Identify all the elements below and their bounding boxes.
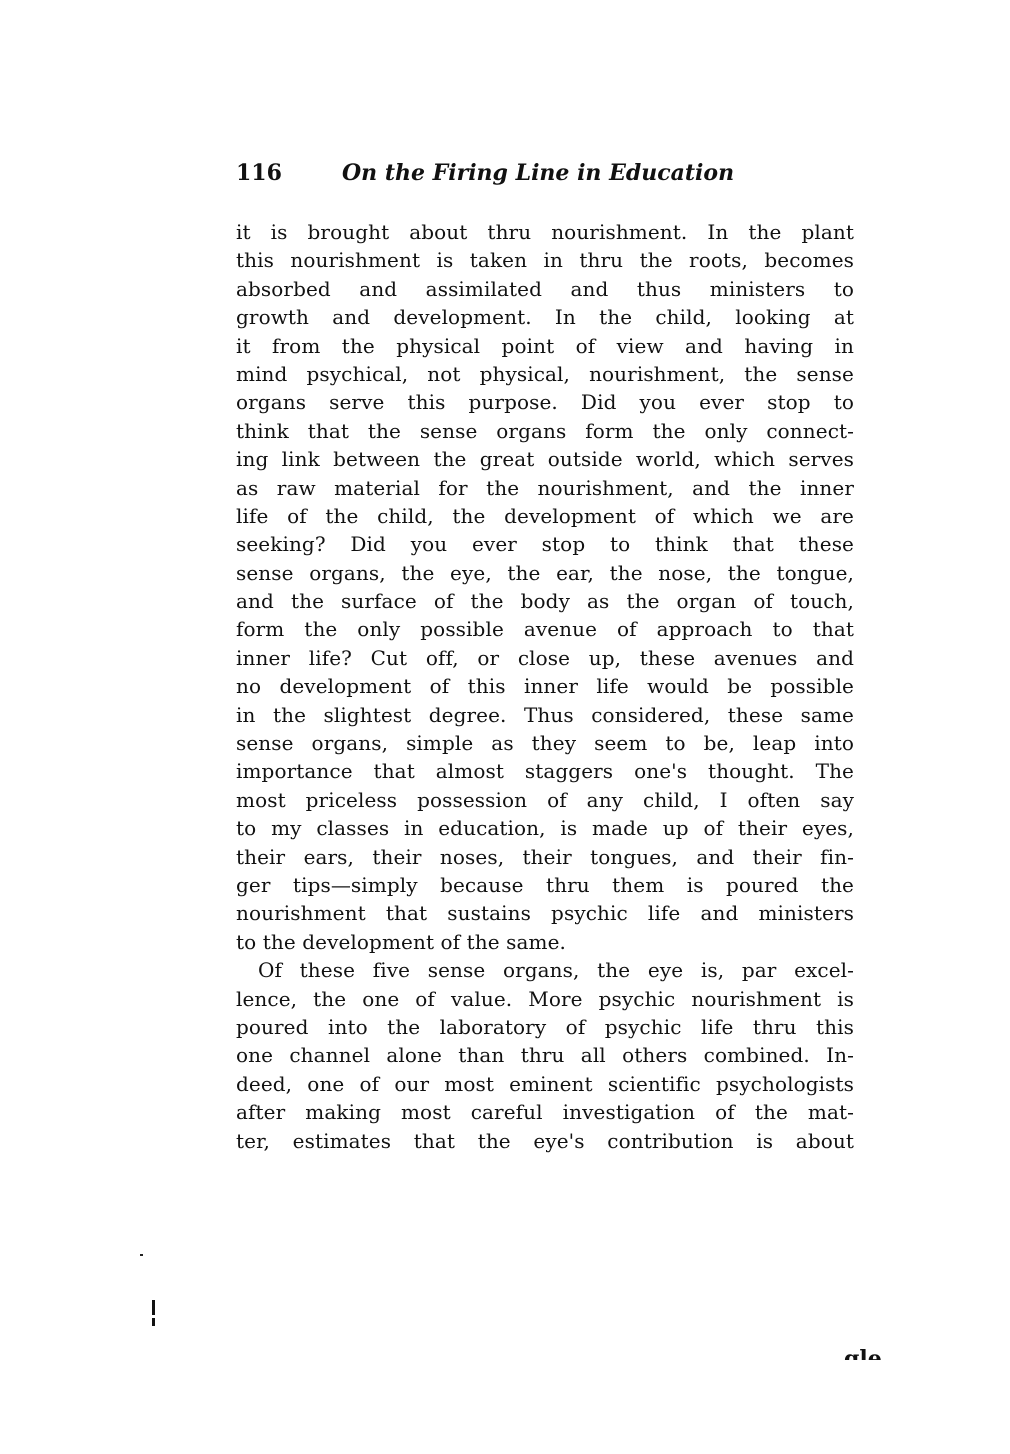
text-line: mind psychical, not physical, nourishmen… (236, 360, 854, 388)
text-line: organs serve this purpose. Did you ever … (236, 388, 854, 416)
paragraph-start-line: Of these five sense organs, the eye is, … (236, 956, 854, 984)
text-line: most priceless possession of any child, … (236, 786, 854, 814)
text-line: form the only possible avenue of approac… (236, 615, 854, 643)
text-line: it from the physical point of view and h… (236, 332, 854, 360)
text-line: seeking? Did you ever stop to think that… (236, 530, 854, 558)
body-text: it is brought about thru nourishment. In… (236, 218, 854, 1155)
text-line: ger tips—simply because thru them is pou… (236, 871, 854, 899)
text-line: life of the child, the development of wh… (236, 502, 854, 530)
page-number: 116 (236, 160, 282, 186)
text-line: sense organs, the eye, the ear, the nose… (236, 559, 854, 587)
book-page: 116 On the Firing Line in Education it i… (0, 0, 1010, 1454)
text-line: it is brought about thru nourishment. In… (236, 218, 854, 246)
text-line: lence, the one of value. More psychic no… (236, 985, 854, 1013)
text-line: and the surface of the body as the organ… (236, 587, 854, 615)
running-title: On the Firing Line in Education (342, 160, 734, 186)
scan-artifact-dash (140, 1254, 143, 1256)
text-line: as raw material for the nourishment, and… (236, 474, 854, 502)
text-line: after making most careful investigation … (236, 1098, 854, 1126)
text-line: to my classes in education, is made up o… (236, 814, 854, 842)
text-line: think that the sense organs form the onl… (236, 417, 854, 445)
text-line: in the slightest degree. Thus considered… (236, 701, 854, 729)
text-line: nourishment that sustains psychic life a… (236, 899, 854, 927)
text-line: sense organs, simple as they seem to be,… (236, 729, 854, 757)
running-head: 116 On the Firing Line in Education (236, 160, 856, 192)
scan-artifact-bar (152, 1300, 155, 1326)
text-line: poured into the laboratory of psychic li… (236, 1013, 854, 1041)
text-line: importance that almost staggers one's th… (236, 757, 854, 785)
text-line: ter, estimates that the eye's contributi… (236, 1127, 854, 1155)
paragraph-end-line: to the development of the same. (236, 928, 854, 956)
text-line: one channel alone than thru all others c… (236, 1041, 854, 1069)
text-line: growth and development. In the child, lo… (236, 303, 854, 331)
watermark-fragment: gle (844, 1346, 882, 1360)
text-line: this nourishment is taken in thru the ro… (236, 246, 854, 274)
text-line: inner life? Cut off, or close up, these … (236, 644, 854, 672)
text-line: their ears, their noses, their tongues, … (236, 843, 854, 871)
text-line: absorbed and assimilated and thus minist… (236, 275, 854, 303)
text-line: deed, one of our most eminent scientific… (236, 1070, 854, 1098)
text-line: ing link between the great outside world… (236, 445, 854, 473)
text-line: no development of this inner life would … (236, 672, 854, 700)
